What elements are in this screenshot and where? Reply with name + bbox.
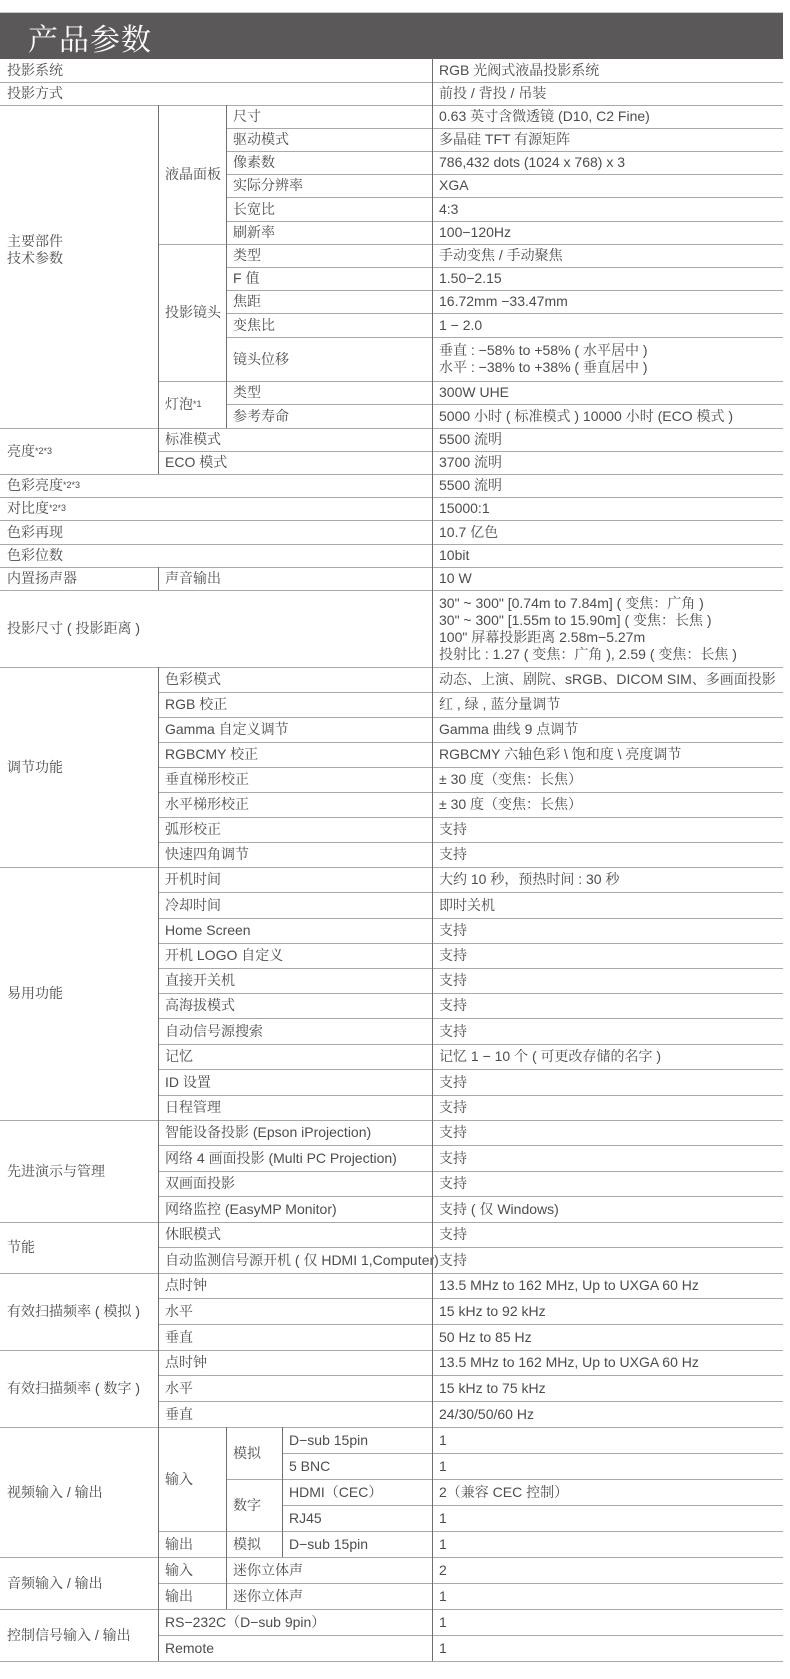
spec-sub-label-text: 焦距 <box>233 293 261 310</box>
spec-sub-label: 镜头位移 <box>226 337 432 381</box>
spec-value-text: 10bit <box>439 547 469 564</box>
row-divider <box>282 1453 783 1454</box>
spec-value: 30" ~ 300" [0.74m to 7.84m] ( 变焦：广角 ) 30… <box>432 590 783 667</box>
row-divider <box>226 1479 783 1480</box>
section-label-control-io-text: 控制信号输入 / 输出 <box>7 1627 131 1644</box>
spec-sub-label: ID 设置 <box>158 1069 432 1095</box>
spec-sub-label-text: 迷你立体声 <box>233 1562 303 1579</box>
spec-value-text: 支持 <box>439 1226 467 1243</box>
spec-value: RGBCMY 六轴色彩 \ 饱和度 \ 亮度调节 <box>432 742 783 767</box>
spec-sub-label-text: 点时钟 <box>165 1277 207 1294</box>
spec-sub-label: 自动信号源搜索 <box>158 1018 432 1044</box>
section-label-advanced: 先进演示与管理 <box>0 1120 158 1222</box>
group-label-analog: 模拟 <box>226 1531 282 1557</box>
spec-sub-label: F 值 <box>226 267 432 290</box>
spec-sub-label: 水平 <box>158 1375 432 1401</box>
spec-value-text: 24/30/50/60 Hz <box>439 1406 534 1423</box>
spec-value-text: 13.5 MHz to 162 MHz, Up to UXGA 60 Hz <box>439 1354 699 1371</box>
spec-value-text: 0.63 英寸含微透镜 (D10, C2 Fine) <box>439 108 650 125</box>
spec-sub-label-text: 日程管理 <box>165 1099 221 1116</box>
spec-value: 2 <box>432 1557 783 1583</box>
section-label-audio-io-text: 音频输入 / 输出 <box>7 1575 103 1592</box>
spec-value-text: 786,432 dots (1024 x 768) x 3 <box>439 154 625 171</box>
spec-sub-label-text: 网络 4 画面投影 (Multi PC Projection) <box>165 1150 397 1167</box>
spec-label-text: 色彩位数 <box>7 547 63 564</box>
spec-value-text: 5500 流明 <box>439 431 502 448</box>
spec-sub-label-text: 弧形校正 <box>165 821 221 838</box>
spec-sub-label-text: 类型 <box>233 384 261 401</box>
column-divider <box>432 1427 433 1557</box>
spec-sub-label: 休眠模式 <box>158 1222 432 1247</box>
spec-value-text: XGA <box>439 177 469 194</box>
group-label-digital-text: 数字 <box>233 1497 261 1514</box>
spec-value-text: 支持 <box>439 846 467 863</box>
spec-sub-label: 变焦比 <box>226 313 432 337</box>
spec-value-text: 30" ~ 300" [0.74m to 7.84m] ( 变焦：广角 ) 30… <box>439 595 737 663</box>
spec-value: 1 <box>432 1635 783 1661</box>
group-label-lcd-panel-text: 液晶面板 <box>165 166 221 183</box>
spec-value-text: 1 <box>439 1588 447 1605</box>
spec-sub-label: 色彩模式 <box>158 667 432 692</box>
spec-value: 支持 <box>432 968 783 993</box>
column-divider <box>432 105 433 428</box>
spec-sub-label: Home Screen <box>158 918 432 943</box>
spec-value: 50 Hz to 85 Hz <box>432 1324 783 1350</box>
spec-value-text: 300W UHE <box>439 384 509 401</box>
spec-value: 支持 <box>432 1095 783 1120</box>
group-label-lens-text: 投影镜头 <box>165 304 221 321</box>
spec-value: 1 <box>432 1609 783 1635</box>
spec-sub-label-text: 变焦比 <box>233 317 275 334</box>
column-divider <box>432 590 433 667</box>
column-divider <box>158 1120 159 1222</box>
spec-sub-label: Remote <box>158 1635 432 1661</box>
spec-value: 5500 流明 <box>432 428 783 451</box>
column-divider <box>432 544 433 567</box>
spec-value: 24/30/50/60 Hz <box>432 1401 783 1427</box>
spec-sub-label: 实际分辨率 <box>226 174 432 197</box>
spec-sub-label-text: D−sub 15pin <box>289 1536 368 1553</box>
group-label-lens: 投影镜头 <box>158 244 226 381</box>
spec-sub-label: RGB 校正 <box>158 692 432 717</box>
spec-label-text: 色彩再现 <box>7 524 63 541</box>
spec-sub-label: ECO 模式 <box>158 451 432 474</box>
spec-value-text: 支持 <box>439 972 467 989</box>
spec-sub-label-text: 类型 <box>233 247 261 264</box>
spec-value-text: 1 <box>439 1640 447 1657</box>
column-divider <box>432 667 433 867</box>
spec-value-text: 记忆 1 − 10 个 ( 可更改存储的名字 ) <box>439 1048 661 1065</box>
spec-value: 支持 <box>432 1018 783 1044</box>
column-divider <box>158 105 159 428</box>
spec-value: 1 <box>432 1583 783 1609</box>
section-label-scan-analog-text: 有效扫描频率 ( 模拟 ) <box>7 1303 140 1320</box>
spec-value-text: 50 Hz to 85 Hz <box>439 1329 532 1346</box>
spec-value-text: 2 <box>439 1562 447 1579</box>
footnote-marker: *2*3 <box>35 443 52 460</box>
column-divider <box>432 1273 433 1350</box>
spec-value-text: 前投 / 背投 / 吊装 <box>439 85 546 102</box>
spec-value: 支持 <box>432 1069 783 1095</box>
section-label-brightness: 亮度 *2*3 <box>0 428 158 474</box>
spec-value: 支持 <box>432 817 783 842</box>
spec-sub-label-text: 直接开关机 <box>165 972 235 989</box>
spec-value: 支持 <box>432 1222 783 1247</box>
spec-sub-label: 记忆 <box>158 1044 432 1069</box>
spec-value: 10bit <box>432 544 783 567</box>
spec-sub-label: RS−232C（D−sub 9pin） <box>158 1609 432 1635</box>
spec-value: 100−120Hz <box>432 221 783 244</box>
spec-value-text: 支持 <box>439 922 467 939</box>
spec-label: 投影方式 <box>0 82 432 105</box>
spec-sub-label: 垂直 <box>158 1324 432 1350</box>
spec-sub-label: 快速四角调节 <box>158 842 432 867</box>
spec-sub-label: 类型 <box>226 244 432 267</box>
spec-sub-label-text: 参考寿命 <box>233 408 289 425</box>
spec-sub-label: Gamma 自定义调节 <box>158 717 432 742</box>
section-label-usability: 易用功能 <box>0 867 158 1120</box>
spec-value-text: 5500 流明 <box>439 477 502 494</box>
group-label-lamp: 灯泡 *1 <box>158 381 226 428</box>
column-divider <box>158 1557 159 1609</box>
spec-value: 记忆 1 − 10 个 ( 可更改存储的名字 ) <box>432 1044 783 1069</box>
spec-value: 红 , 绿 , 蓝分量调节 <box>432 692 783 717</box>
spec-label: 对比度 *2*3 <box>0 497 432 520</box>
spec-sub-label: D−sub 15pin <box>282 1427 432 1453</box>
spec-label-text: 投影尺寸 ( 投影距离 ) <box>7 620 140 637</box>
spec-sub-label: 迷你立体声 <box>226 1557 432 1583</box>
spec-value-text: 5000 小时 ( 标准模式 ) 10000 小时 (ECO 模式 ) <box>439 408 733 425</box>
group-label-analog: 模拟 <box>226 1427 282 1479</box>
spec-value-text: 动态、上演、剧院、sRGB、DICOM SIM、多画面投影 <box>439 671 776 688</box>
spec-sub-label: 输入 <box>158 1557 226 1583</box>
spec-value: 支持 <box>432 1171 783 1196</box>
column-divider <box>432 520 433 544</box>
spec-sub-label: 网络 4 画面投影 (Multi PC Projection) <box>158 1145 432 1171</box>
spec-sub-label: 冷却时间 <box>158 892 432 918</box>
spec-sub-label: 水平 <box>158 1298 432 1324</box>
column-divider <box>432 82 433 105</box>
section-label-main-components: 主要部件 技术参数 <box>0 105 158 428</box>
spec-sub-label-text: 水平梯形校正 <box>165 796 249 813</box>
spec-value: 支持 ( 仅 Windows) <box>432 1196 783 1222</box>
spec-value-text: 大约 10 秒，预热时间 : 30 秒 <box>439 871 619 888</box>
group-label-input-text: 输入 <box>165 1471 193 1488</box>
spec-value: 300W UHE <box>432 381 783 404</box>
spec-value-text: ± 30 度（变焦：长焦） <box>439 771 582 788</box>
spec-sub-label: 垂直梯形校正 <box>158 767 432 792</box>
spec-sub-label-text: 驱动模式 <box>233 131 289 148</box>
column-divider <box>158 1427 159 1557</box>
spec-sub-label-text: RGBCMY 校正 <box>165 746 258 763</box>
spec-sub-label: 直接开关机 <box>158 968 432 993</box>
spec-value: 支持 <box>432 1247 783 1273</box>
spec-value-text: 15 kHz to 75 kHz <box>439 1380 546 1397</box>
section-label-audio-io: 音频输入 / 输出 <box>0 1557 158 1609</box>
spec-value: 5500 流明 <box>432 474 783 497</box>
spec-value: 即时关机 <box>432 892 783 918</box>
group-label-input: 输入 <box>158 1427 226 1531</box>
spec-sub-label: 输出 <box>158 1583 226 1609</box>
group-label-output: 输出 <box>158 1531 226 1557</box>
spec-sub-label-text: 双画面投影 <box>165 1175 235 1192</box>
spec-sub-label-text: 高海拔模式 <box>165 997 235 1014</box>
spec-sub-label: 声音输出 <box>158 567 432 590</box>
column-divider <box>226 1427 227 1557</box>
spec-value-text: 1 <box>439 1432 447 1449</box>
spec-value-text: 15000:1 <box>439 500 490 517</box>
spec-value-text: 支持 <box>439 1175 467 1192</box>
spec-sub-label-text: 垂直 <box>165 1329 193 1346</box>
spec-sub-label: 尺寸 <box>226 105 432 128</box>
column-divider <box>158 567 159 590</box>
spec-value-text: 2（兼容 CEC 控制） <box>439 1484 568 1501</box>
group-label-lcd-panel: 液晶面板 <box>158 105 226 244</box>
spec-value-text: 4:3 <box>439 201 458 218</box>
spec-label: 投影系统 <box>0 58 432 82</box>
footnote-marker: *2*3 <box>49 500 66 517</box>
spec-sub-label-text: 标准模式 <box>165 431 221 448</box>
spec-value-text: 10 W <box>439 570 472 587</box>
spec-value: 15 kHz to 75 kHz <box>432 1375 783 1401</box>
section-label-adjustment-text: 调节功能 <box>7 759 63 776</box>
spec-sub-label: 像素数 <box>226 151 432 174</box>
spec-sub-label-text: 实际分辨率 <box>233 177 303 194</box>
column-divider <box>158 428 159 474</box>
group-label-output-text: 输出 <box>165 1536 193 1553</box>
spec-sub-label-text: 镜头位移 <box>233 351 289 368</box>
spec-value: 5000 小时 ( 标准模式 ) 10000 小时 (ECO 模式 ) <box>432 404 783 428</box>
spec-sub-label: HDMI（CEC） <box>282 1479 432 1505</box>
column-divider <box>226 1557 227 1609</box>
spec-sub-label-text: ECO 模式 <box>165 454 227 471</box>
spec-value: 1 <box>432 1531 783 1557</box>
section-label-scan-digital: 有效扫描频率 ( 数字 ) <box>0 1350 158 1427</box>
spec-sub-label-text: 输出 <box>165 1588 193 1605</box>
spec-value: 支持 <box>432 1145 783 1171</box>
spec-value-text: 红 , 绿 , 蓝分量调节 <box>439 696 560 713</box>
column-divider <box>432 1350 433 1427</box>
spec-sub-label-text: HDMI（CEC） <box>289 1484 382 1501</box>
column-divider <box>432 567 433 590</box>
spec-sub-label: 水平梯形校正 <box>158 792 432 817</box>
spec-sub-label: 自动监测信号源开机 ( 仅 HDMI 1,Computer) <box>158 1247 432 1273</box>
section-label-brightness-text: 亮度 <box>7 443 35 460</box>
spec-sub-label: 5 BNC <box>282 1453 432 1479</box>
spec-sub-label: 标准模式 <box>158 428 432 451</box>
spec-value-text: 1.50−2.15 <box>439 270 502 287</box>
spec-value-text: 13.5 MHz to 162 MHz, Up to UXGA 60 Hz <box>439 1277 699 1294</box>
spec-value: 10.7 亿色 <box>432 520 783 544</box>
spec-value: 大约 10 秒，预热时间 : 30 秒 <box>432 867 783 892</box>
spec-sub-label: 驱动模式 <box>226 128 432 151</box>
spec-value: ± 30 度（变焦：长焦） <box>432 767 783 792</box>
spec-sub-label: 迷你立体声 <box>226 1583 432 1609</box>
spec-sub-label: 焦距 <box>226 290 432 313</box>
spec-sub-label-text: 快速四角调节 <box>165 846 249 863</box>
spec-sub-label-text: Remote <box>165 1640 214 1657</box>
spec-sub-label-text: 刷新率 <box>233 224 275 241</box>
group-label-analog-text: 模拟 <box>233 1536 261 1553</box>
column-divider <box>282 1427 283 1557</box>
column-divider <box>158 867 159 1120</box>
spec-value: 0.63 英寸含微透镜 (D10, C2 Fine) <box>432 105 783 128</box>
spec-sub-label-text: 网络监控 (EasyMP Monitor) <box>165 1201 337 1218</box>
spec-value: 13.5 MHz to 162 MHz, Up to UXGA 60 Hz <box>432 1273 783 1298</box>
spec-sub-label-text: RGB 校正 <box>165 696 227 713</box>
spec-value-text: 3700 流明 <box>439 454 502 471</box>
section-label-energy: 节能 <box>0 1222 158 1273</box>
spec-value-text: 1 <box>439 1458 447 1475</box>
spec-value-text: 15 kHz to 92 kHz <box>439 1303 546 1320</box>
spec-value: 3700 流明 <box>432 451 783 474</box>
spec-sub-label-text: 声音输出 <box>165 570 221 587</box>
spec-value-text: 即时关机 <box>439 897 495 914</box>
spec-label-text: 投影方式 <box>7 85 63 102</box>
row-divider <box>0 1661 783 1662</box>
spec-sub-label: 日程管理 <box>158 1095 432 1120</box>
spec-sub-label: 网络监控 (EasyMP Monitor) <box>158 1196 432 1222</box>
spec-sub-label-text: 像素数 <box>233 154 275 171</box>
spec-sub-label-text: ID 设置 <box>165 1074 211 1091</box>
spec-sub-label-text: 水平 <box>165 1303 193 1320</box>
spec-sub-label: 高海拔模式 <box>158 993 432 1018</box>
spec-sub-label: 双画面投影 <box>158 1171 432 1196</box>
spec-sub-label-text: RJ45 <box>289 1510 322 1527</box>
group-label-analog-text: 模拟 <box>233 1445 261 1462</box>
section-label-scan-analog: 有效扫描频率 ( 模拟 ) <box>0 1273 158 1350</box>
spec-sub-label-text: 长宽比 <box>233 201 275 218</box>
spec-sub-label-text: D−sub 15pin <box>289 1432 368 1449</box>
spec-sub-label-text: 5 BNC <box>289 1458 330 1475</box>
column-divider <box>432 1222 433 1273</box>
spec-value: 15 kHz to 92 kHz <box>432 1298 783 1324</box>
spec-sub-label-text: 输入 <box>165 1562 193 1579</box>
column-divider <box>158 1609 159 1661</box>
page-title: 产品参数 <box>28 15 152 59</box>
spec-value-text: 1 − 2.0 <box>439 317 482 334</box>
spec-value: 支持 <box>432 1120 783 1145</box>
spec-sub-label: 垂直 <box>158 1401 432 1427</box>
spec-value: 16.72mm −33.47mm <box>432 290 783 313</box>
spec-value: 13.5 MHz to 162 MHz, Up to UXGA 60 Hz <box>432 1350 783 1375</box>
spec-value: 支持 <box>432 943 783 968</box>
spec-value-text: 支持 <box>439 821 467 838</box>
spec-value: 1 <box>432 1505 783 1531</box>
spec-value-text: 支持 <box>439 947 467 964</box>
column-divider <box>158 667 159 867</box>
spec-value: 前投 / 背投 / 吊装 <box>432 82 783 105</box>
spec-value: 动态、上演、剧院、sRGB、DICOM SIM、多画面投影 <box>432 667 783 692</box>
spec-value-text: 支持 <box>439 1023 467 1040</box>
spec-value-text: RGBCMY 六轴色彩 \ 饱和度 \ 亮度调节 <box>439 746 681 763</box>
spec-sub-label: 开机时间 <box>158 867 432 892</box>
spec-value-text: 100−120Hz <box>439 224 511 241</box>
spec-value: 垂直 : −58% to +58% ( 水平居中 ) 水平 : −38% to … <box>432 337 783 381</box>
spec-value-text: ± 30 度（变焦：长焦） <box>439 796 582 813</box>
spec-value: 支持 <box>432 842 783 867</box>
footnote-marker: *1 <box>193 396 202 413</box>
spec-value: 15000:1 <box>432 497 783 520</box>
spec-value-text: 支持 <box>439 1099 467 1116</box>
spec-value: 支持 <box>432 993 783 1018</box>
spec-label-text: 色彩亮度 <box>7 477 63 494</box>
column-divider <box>432 428 433 474</box>
page-title-bar: 产品参数 <box>0 12 783 59</box>
section-label-energy-text: 节能 <box>7 1239 35 1256</box>
spec-label-text: 内置扬声器 <box>7 570 77 587</box>
spec-sub-label-text: 垂直梯形校正 <box>165 771 249 788</box>
spec-value-text: 支持 <box>439 1074 467 1091</box>
spec-sub-label: 点时钟 <box>158 1350 432 1375</box>
spec-sub-label: 类型 <box>226 381 432 404</box>
section-label-usability-text: 易用功能 <box>7 985 63 1002</box>
row-divider <box>282 1505 783 1506</box>
spec-value-text: 支持 <box>439 1252 467 1269</box>
column-divider <box>158 1350 159 1427</box>
column-divider <box>432 867 433 1120</box>
spec-value: 手动变焦 / 手动聚焦 <box>432 244 783 267</box>
spec-value-text: 16.72mm −33.47mm <box>439 293 568 310</box>
spec-sub-label: 点时钟 <box>158 1273 432 1298</box>
spec-value: 多晶硅 TFT 有源矩阵 <box>432 128 783 151</box>
group-label-digital: 数字 <box>226 1479 282 1531</box>
spec-sub-label-text: 开机时间 <box>165 871 221 888</box>
spec-value-text: 1 <box>439 1536 447 1553</box>
spec-sub-label-text: 垂直 <box>165 1406 193 1423</box>
spec-value: 10 W <box>432 567 783 590</box>
spec-sub-label: D−sub 15pin <box>282 1531 432 1557</box>
spec-value-text: 支持 <box>439 1124 467 1141</box>
section-label-scan-digital-text: 有效扫描频率 ( 数字 ) <box>7 1380 140 1397</box>
spec-sub-label: 开机 LOGO 自定义 <box>158 943 432 968</box>
spec-sub-label-text: 色彩模式 <box>165 671 221 688</box>
column-divider <box>432 1120 433 1222</box>
spec-sub-label-text: 休眠模式 <box>165 1226 221 1243</box>
spec-value-text: 支持 <box>439 997 467 1014</box>
spec-value: XGA <box>432 174 783 197</box>
spec-label-text: 投影系统 <box>7 62 63 79</box>
column-divider <box>226 105 227 428</box>
spec-value-text: 支持 <box>439 1150 467 1167</box>
row-divider <box>158 1531 783 1532</box>
spec-sub-label: RGBCMY 校正 <box>158 742 432 767</box>
spec-value: 1 − 2.0 <box>432 313 783 337</box>
spec-sub-label-text: 开机 LOGO 自定义 <box>165 947 283 964</box>
spec-sub-label-text: Home Screen <box>165 922 251 939</box>
section-label-control-io: 控制信号输入 / 输出 <box>0 1609 158 1661</box>
spec-label: 色彩位数 <box>0 544 432 567</box>
spec-value: 786,432 dots (1024 x 768) x 3 <box>432 151 783 174</box>
section-label-adjustment: 调节功能 <box>0 667 158 867</box>
spec-sub-label: 刷新率 <box>226 221 432 244</box>
spec-sub-label-text: 点时钟 <box>165 1354 207 1371</box>
spec-sub-label: 参考寿命 <box>226 404 432 428</box>
spec-value: RGB 光阀式液晶投影系统 <box>432 58 783 82</box>
column-divider <box>432 474 433 497</box>
section-label-main-components-text: 主要部件 技术参数 <box>7 233 63 267</box>
spec-sub-label-text: 记忆 <box>165 1048 193 1065</box>
column-divider <box>158 1222 159 1273</box>
column-divider <box>432 58 433 82</box>
spec-value-text: RGB 光阀式液晶投影系统 <box>439 62 599 79</box>
column-divider <box>432 1609 433 1661</box>
spec-value-text: 手动变焦 / 手动聚焦 <box>439 247 563 264</box>
spec-value: 1.50−2.15 <box>432 267 783 290</box>
spec-label: 色彩亮度 *2*3 <box>0 474 432 497</box>
column-divider <box>158 1273 159 1350</box>
spec-value-text: 10.7 亿色 <box>439 524 498 541</box>
